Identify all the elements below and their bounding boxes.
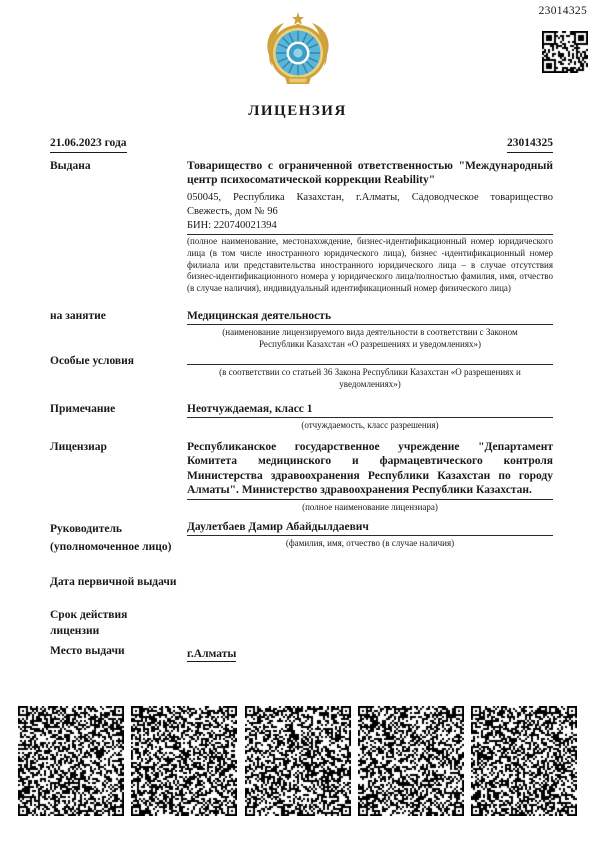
document-number-top: 23014325	[539, 5, 587, 17]
field-rule	[187, 535, 553, 536]
field-rule	[187, 234, 553, 235]
field-label-issued: Выдана	[50, 159, 187, 295]
field-label-licensor: Лицензиар	[50, 440, 187, 513]
activity-value: Медицинская деятельность	[187, 309, 553, 323]
field-issue-place: Место выдачи г.Алматы	[50, 644, 553, 662]
field-label-activity: на занятие	[50, 309, 187, 350]
first-issue-date-value	[187, 575, 553, 589]
license-document: 23014325	[0, 0, 595, 842]
field-head: Руководитель (уполномоченное лицо) Дауле…	[50, 520, 553, 556]
organization-name: Товарищество с ограниченной ответственно…	[187, 159, 553, 187]
organization-address: 050045, Республика Казахстан, г.Алматы, …	[187, 191, 553, 219]
field-caption-issued: (полное наименование, местонахождение, б…	[187, 236, 553, 295]
field-label-head: Руководитель	[50, 523, 122, 535]
field-caption-licensor: (полное наименование лицензиара)	[187, 501, 553, 513]
barcode-block	[471, 706, 577, 816]
field-rule	[187, 499, 553, 500]
field-licensor: Лицензиар Республиканское государственно…	[50, 440, 553, 513]
field-label-first-issue: Дата первичной выдачи	[50, 575, 187, 589]
license-body: 21.06.2023 года 23014325 Выдана Товарище…	[50, 136, 553, 662]
field-first-issue-date: Дата первичной выдачи	[50, 575, 553, 589]
barcode-block	[131, 706, 237, 816]
issue-place-value: г.Алматы	[187, 648, 236, 662]
field-note: Примечание Неотчуждаемая, класс 1 (отчуж…	[50, 402, 553, 431]
kazakhstan-emblem-icon	[259, 11, 337, 94]
date-row: 21.06.2023 года 23014325	[50, 136, 553, 153]
field-caption-activity: (наименование лицензируемого вида деятел…	[187, 326, 553, 350]
field-label-special: Особые условия	[50, 354, 187, 390]
field-validity: Срок действия лицензии	[50, 607, 553, 639]
field-issued: Выдана Товарищество с ограниченной ответ…	[50, 159, 553, 295]
field-rule	[187, 324, 553, 325]
barcode-block	[358, 706, 464, 816]
field-activity: на занятие Медицинская деятельность (наи…	[50, 309, 553, 350]
field-label-note: Примечание	[50, 402, 187, 431]
barcode-block	[18, 706, 124, 816]
signature-barcode-strip	[18, 706, 577, 816]
validity-value	[187, 607, 553, 639]
license-number: 23014325	[507, 136, 553, 153]
field-caption-note: (отчуждаемость, класс разрешения)	[187, 419, 553, 431]
field-label-validity-2: лицензии	[50, 623, 179, 639]
field-special-conditions: Особые условия (в соответствии со статье…	[50, 354, 553, 390]
field-label-validity: Срок действия	[50, 609, 127, 621]
document-title: ЛИЦЕНЗИЯ	[0, 103, 595, 120]
special-conditions-value	[187, 354, 553, 363]
head-value: Даулетбаев Дамир Абайдылдаевич	[187, 520, 553, 534]
field-caption-special: (в соответствии со статьей 36 Закона Рес…	[187, 366, 553, 390]
field-rule	[187, 417, 553, 418]
field-rule	[187, 364, 553, 365]
field-caption-head: (фамилия, имя, отчество (в случае наличи…	[187, 537, 553, 549]
barcode-block	[245, 706, 351, 816]
field-label-head-2: (уполномоченное лицо)	[50, 538, 179, 556]
note-value: Неотчуждаемая, класс 1	[187, 402, 553, 416]
licensor-value: Республиканское государственное учрежден…	[187, 440, 553, 498]
organization-bin: БИН: 220740021394	[187, 219, 553, 233]
field-label-place: Место выдачи	[50, 644, 187, 662]
issue-date: 21.06.2023 года	[50, 136, 127, 153]
qr-code-icon	[542, 31, 588, 73]
